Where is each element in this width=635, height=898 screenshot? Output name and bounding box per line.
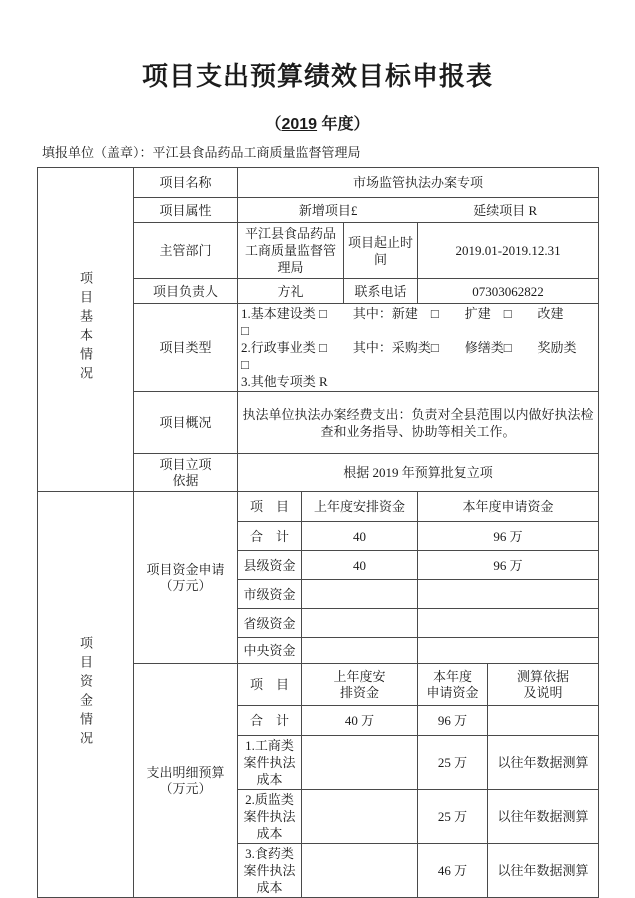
year-prefix: （ bbox=[265, 116, 281, 133]
apply-row-prev bbox=[302, 580, 418, 609]
period-value: 2019.01-2019.12.31 bbox=[418, 223, 599, 279]
section-basic-sidebar: 项目基本情况 bbox=[38, 168, 134, 492]
detail-row-current: 25 万 bbox=[418, 736, 488, 790]
dept-label: 主管部门 bbox=[134, 223, 238, 279]
apply-label-line: 项目资金申请 bbox=[137, 562, 234, 578]
detail-header-item: 项 目 bbox=[238, 664, 302, 706]
detail-header-line: 排资金 bbox=[305, 685, 414, 701]
page-title: 项目支出预算绩效目标申报表 bbox=[0, 0, 635, 92]
apply-row-item: 合 计 bbox=[238, 522, 302, 551]
detail-row-prev bbox=[302, 736, 418, 790]
reporting-unit-line: 填报单位（盖章）：平江县食品药品工商质量监督管理局 bbox=[42, 144, 635, 162]
phone-label: 联系电话 bbox=[344, 279, 418, 304]
detail-row-current: 46 万 bbox=[418, 844, 488, 898]
apply-row-item: 市级资金 bbox=[238, 580, 302, 609]
detail-row-item: 3.食药类案件执法成本 bbox=[238, 844, 302, 898]
table-row: 项目基本情况 项目名称 市场监管执法办案专项 bbox=[38, 168, 599, 198]
detail-header-prev: 上年度安 排资金 bbox=[302, 664, 418, 706]
leader-label: 项目负责人 bbox=[134, 279, 238, 304]
basis-label-line: 项目立项 bbox=[137, 457, 234, 473]
detail-label-line: （万元） bbox=[137, 781, 234, 797]
section-basic-sidebar-text: 项目基本情况 bbox=[77, 271, 94, 385]
unit-name: 平江县食品药品工商质量监督管理局 bbox=[153, 145, 361, 160]
detail-header-line: 申请资金 bbox=[421, 685, 484, 701]
detail-header-line: 测算依据 bbox=[491, 669, 595, 685]
detail-row-current: 25 万 bbox=[418, 790, 488, 844]
apply-row-item: 中央资金 bbox=[238, 638, 302, 664]
apply-header-current: 本年度申请资金 bbox=[418, 492, 599, 522]
type-line: 2.行政事业类 □ 其中：采购类□ 修缮类□ 奖励类 bbox=[241, 339, 595, 356]
type-line: □ bbox=[241, 356, 595, 373]
apply-row-prev: 40 bbox=[302, 551, 418, 580]
leader-value: 方礼 bbox=[238, 279, 344, 304]
year-suffix: 年度） bbox=[317, 116, 369, 133]
apply-row-prev bbox=[302, 609, 418, 638]
overview-value: 执法单位执法办案经费支出：负责对全县范围以内做好执法检查和业务指导、协助等相关工… bbox=[238, 392, 599, 454]
apply-row-current: 96 万 bbox=[418, 522, 599, 551]
unit-label: 填报单位（盖章）： bbox=[42, 145, 153, 160]
apply-row-item: 县级资金 bbox=[238, 551, 302, 580]
detail-label: 支出明细预算 （万元） bbox=[134, 664, 238, 898]
detail-row-item: 2.质监类案件执法成本 bbox=[238, 790, 302, 844]
project-attr-value: 新增项目£ 延续项目 R bbox=[238, 198, 599, 223]
year-subtitle: （2019 年度） bbox=[0, 116, 635, 134]
detail-header-basis: 测算依据 及说明 bbox=[488, 664, 599, 706]
apply-row-current bbox=[418, 638, 599, 664]
project-type-label: 项目类型 bbox=[134, 304, 238, 392]
detail-row-basis: 以往年数据测算 bbox=[488, 844, 599, 898]
apply-row-item: 省级资金 bbox=[238, 609, 302, 638]
detail-row-prev bbox=[302, 790, 418, 844]
detail-row-current: 96 万 bbox=[418, 706, 488, 736]
section-funding-sidebar-text: 项目资金情况 bbox=[77, 636, 94, 750]
basis-value: 根据 2019 年预算批复立项 bbox=[238, 454, 599, 492]
project-type-value: 1.基本建设类 □ 其中：新建 □ 扩建 □ 改建 □ 2.行政事业类 □ 其中… bbox=[238, 304, 599, 392]
apply-row-prev: 40 bbox=[302, 522, 418, 551]
type-line: 1.基本建设类 □ 其中：新建 □ 扩建 □ 改建 bbox=[241, 305, 595, 322]
period-label: 项目起止时间 bbox=[344, 223, 418, 279]
apply-header-prev: 上年度安排资金 bbox=[302, 492, 418, 522]
apply-row-current bbox=[418, 609, 599, 638]
detail-row-basis: 以往年数据测算 bbox=[488, 736, 599, 790]
dept-value: 平江县食品药品工商质量监督管理局 bbox=[238, 223, 344, 279]
apply-row-current: 96 万 bbox=[418, 551, 599, 580]
detail-header-line: 上年度安 bbox=[305, 669, 414, 685]
type-line: 3.其他专项类 R bbox=[241, 373, 595, 390]
detail-label-line: 支出明细预算 bbox=[137, 765, 234, 781]
apply-label: 项目资金申请 （万元） bbox=[134, 492, 238, 664]
document-page: 项目支出预算绩效目标申报表 （2019 年度） 填报单位（盖章）：平江县食品药品… bbox=[0, 0, 635, 898]
year-value: 2019 bbox=[281, 116, 317, 133]
project-name-value: 市场监管执法办案专项 bbox=[238, 168, 599, 198]
apply-row-prev bbox=[302, 638, 418, 664]
type-line: □ bbox=[241, 322, 595, 339]
detail-row-prev bbox=[302, 844, 418, 898]
basis-label: 项目立项 依据 bbox=[134, 454, 238, 492]
detail-row-basis: 以往年数据测算 bbox=[488, 790, 599, 844]
basis-label-line: 依据 bbox=[137, 473, 234, 489]
apply-row-current bbox=[418, 580, 599, 609]
project-attr-label: 项目属性 bbox=[134, 198, 238, 223]
apply-label-line: （万元） bbox=[137, 578, 234, 594]
table-row: 项目资金情况 项目资金申请 （万元） 项 目 上年度安排资金 本年度申请资金 bbox=[38, 492, 599, 522]
detail-header-line: 项 目 bbox=[241, 677, 298, 693]
detail-row-item: 合 计 bbox=[238, 706, 302, 736]
section-funding-sidebar: 项目资金情况 bbox=[38, 492, 134, 898]
detail-row-prev: 40 万 bbox=[302, 706, 418, 736]
detail-row-item: 1.工商类案件执法成本 bbox=[238, 736, 302, 790]
detail-header-line: 本年度 bbox=[421, 669, 484, 685]
overview-label: 项目概况 bbox=[134, 392, 238, 454]
phone-value: 07303062822 bbox=[418, 279, 599, 304]
detail-header-line: 及说明 bbox=[491, 685, 595, 701]
detail-header-current: 本年度 申请资金 bbox=[418, 664, 488, 706]
detail-row-basis bbox=[488, 706, 599, 736]
attr-new-project: 新增项目£ bbox=[299, 202, 358, 219]
apply-header-item: 项 目 bbox=[238, 492, 302, 522]
project-name-label: 项目名称 bbox=[134, 168, 238, 198]
attr-continue-project: 延续项目 R bbox=[473, 202, 537, 219]
declaration-table: 项目基本情况 项目名称 市场监管执法办案专项 项目属性 新增项目£ 延续项目 R… bbox=[37, 167, 599, 898]
